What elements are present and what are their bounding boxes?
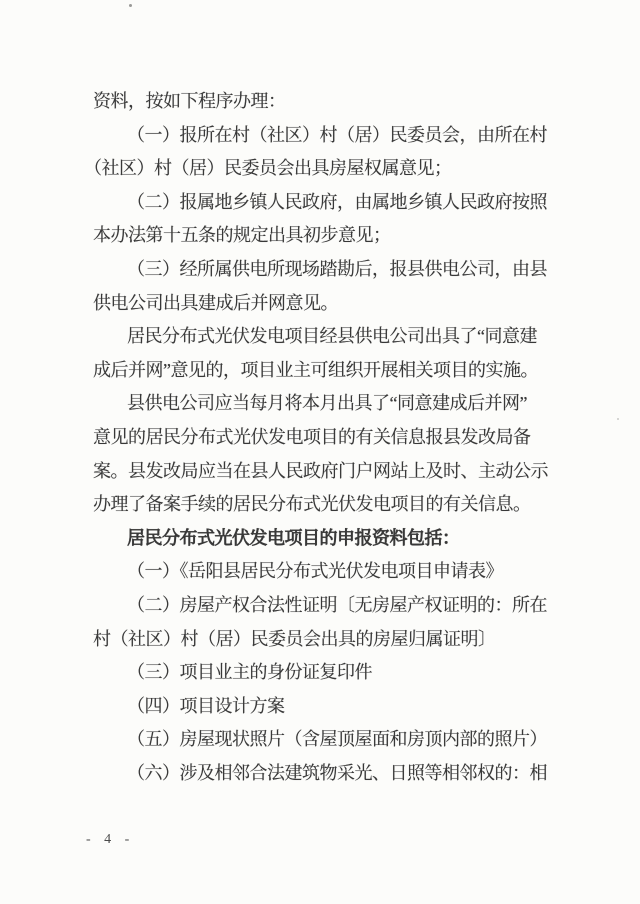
text-line: 居民分布式光伏发电项目经县供电公司出具了“同意建 [93,320,563,354]
text-line: 村（社区）村（居）民委员会出具的房屋归属证明〕 [93,623,563,657]
text-line: （六）涉及相邻合法建筑物采光、日照等相邻权的：相 [93,757,563,791]
text-line: 案。县发改局应当在县人民政府门户网站上及时、主动公示 [93,455,563,489]
text-line: 成后并网”意见的，项目业主可组织开展相关项目的实施。 [93,354,563,388]
text-line: （社区）村（居）民委员会出具房屋权属意见； [84,152,563,186]
text-line: 县供电公司应当每月将本月出具了“同意建成后并网” [93,387,563,421]
text-line: 办理了备案手续的居民分布式光伏发电项目的有关信息。 [93,488,563,522]
document-body: 资料，按如下程序办理： （一）报所在村（社区）村（居）民委员会，由所在村 （社区… [93,85,563,790]
scan-speck [617,418,619,420]
text-line: （二）房屋产权合法性证明〔无房屋产权证明的：所在 [93,589,563,623]
text-line: （四）项目设计方案 [93,690,563,724]
scan-speck [129,4,132,7]
text-line: 供电公司出具建成后并网意见。 [93,287,563,321]
document-page: 资料，按如下程序办理： （一）报所在村（社区）村（居）民委员会，由所在村 （社区… [0,0,640,904]
text-line: 本办法第十五条的规定出具初步意见； [93,219,563,253]
text-line: （一）报所在村（社区）村（居）民委员会，由所在村 [93,119,563,153]
text-line: 意见的居民分布式光伏发电项目的有关信息报县发改局备 [93,421,563,455]
page-number: - 4 - [86,832,134,848]
text-line: 资料，按如下程序办理： [93,85,563,119]
text-line: （三）经所属供电所现场踏勘后，报县供电公司，由县 [93,253,563,287]
text-line: （一）《岳阳县居民分布式光伏发电项目申请表》 [93,555,563,589]
text-line: （三）项目业主的身份证复印件 [93,656,563,690]
text-line: （五）房屋现状照片（含屋顶屋面和房顶内部的照片） [93,723,563,757]
text-line: （二）报属地乡镇人民政府，由属地乡镇人民政府按照 [93,186,563,220]
text-line: 居民分布式光伏发电项目的申报资料包括： [93,522,563,556]
